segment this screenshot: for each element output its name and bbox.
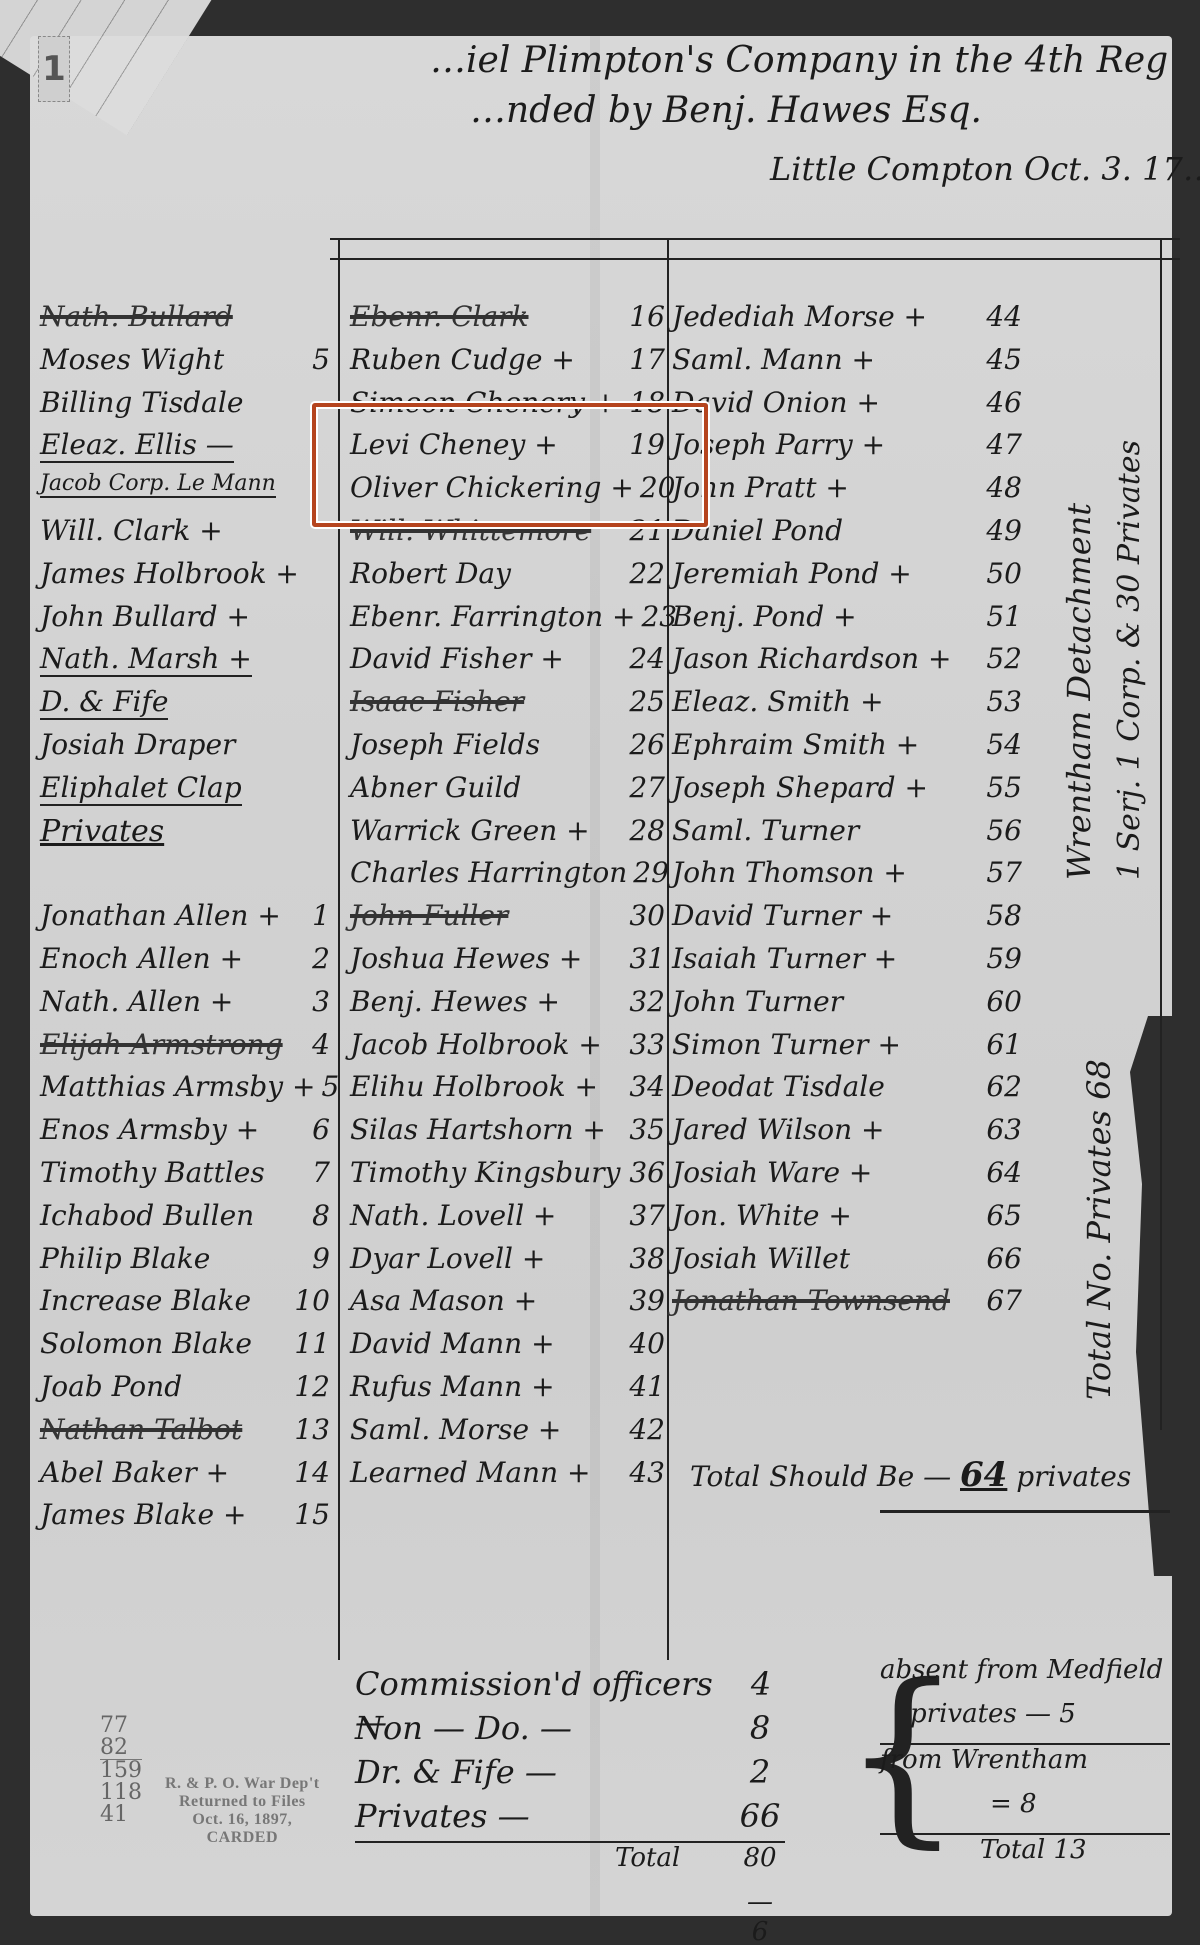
- list-item: Daniel Pond49: [672, 514, 1022, 557]
- list-item: Nath. Allen +3: [40, 985, 330, 1028]
- list-item: Abel Baker +14: [40, 1456, 330, 1499]
- summary-row: Commission'd officers —4: [355, 1665, 785, 1709]
- list-item: John Turner60: [672, 985, 1022, 1028]
- list-item: Ephraim Smith +54: [672, 728, 1022, 771]
- list-item: Jeremiah Pond +50: [672, 557, 1022, 600]
- list-item: Charles Harrington29: [350, 856, 665, 899]
- summary-row: Privates —66: [355, 1797, 785, 1843]
- list-item: Ebenr. Clark16: [350, 300, 665, 343]
- list-item: John Pratt +48: [672, 471, 1022, 514]
- header-place-date: Little Compton Oct. 3. 17…: [770, 150, 1200, 188]
- list-item: David Turner +58: [672, 899, 1022, 942]
- margin-note-detachment: Wrentham Detachment: [1060, 503, 1098, 880]
- list-item: Ruben Cudge +17: [350, 343, 665, 386]
- list-item: Enos Armsby +6: [40, 1113, 330, 1156]
- list-item: John Bullard +: [40, 600, 330, 643]
- list-item: Enoch Allen +2: [40, 942, 330, 985]
- list-item: Asa Mason +39: [350, 1284, 665, 1327]
- margin-note-counts: 1 Serj. 1 Corp. & 30 Privates: [1112, 440, 1147, 880]
- list-item: D. & Fife: [40, 685, 330, 728]
- list-item: Josiah Ware +64: [672, 1156, 1022, 1199]
- list-item: Philip Blake9: [40, 1242, 330, 1285]
- list-item: James Holbrook +: [40, 557, 330, 600]
- list-item: Josiah Draper: [40, 728, 330, 771]
- list-item: Jacob Holbrook +33: [350, 1028, 665, 1071]
- list-item: Eliphalet Clap: [40, 771, 330, 814]
- list-item: Josiah Willet66: [672, 1242, 1022, 1285]
- list-item: James Blake +15: [40, 1498, 330, 1541]
- list-item: Moses Wight5: [40, 343, 330, 386]
- list-item: Increase Blake10: [40, 1284, 330, 1327]
- section-label-privates: Privates: [40, 814, 330, 857]
- list-item: Jon. White +65: [672, 1199, 1022, 1242]
- list-item: Robert Day22: [350, 557, 665, 600]
- column-divider-3: [1160, 240, 1162, 1430]
- list-item: Silas Hartshorn +35: [350, 1113, 665, 1156]
- list-item: Jonathan Townsend67: [672, 1284, 1022, 1327]
- list-item: Isaac Fisher25: [350, 685, 665, 728]
- header-rule-top: [330, 238, 1180, 240]
- list-item: Saml. Morse +42: [350, 1413, 665, 1456]
- list-item: Learned Mann +43: [350, 1456, 665, 1499]
- absent-block: absent from Medfield privates — 5 from W…: [880, 1655, 1170, 1879]
- list-item: Billing Tisdale: [40, 386, 330, 429]
- list-item: Ebenr. Farrington +23: [350, 600, 665, 643]
- left-column: Nath. Bullard Moses Wight5 Billing Tisda…: [40, 300, 330, 1541]
- list-item: Jason Richardson +52: [672, 642, 1022, 685]
- list-item: Timothy Kingsbury36: [350, 1156, 665, 1199]
- list-item: Jedediah Morse +44: [672, 300, 1022, 343]
- list-item: Matthias Armsby +5: [40, 1070, 330, 1113]
- list-item: Jared Wilson +63: [672, 1113, 1022, 1156]
- list-item: David Onion +46: [672, 386, 1022, 429]
- list-item: Will. Clark +: [40, 514, 330, 557]
- list-item: Deodat Tisdale62: [672, 1070, 1022, 1113]
- list-item: Saml. Turner56: [672, 814, 1022, 857]
- margin-note-total: Total No. Privates 68: [1080, 1059, 1118, 1400]
- list-item: Benj. Hewes +32: [350, 985, 665, 1028]
- list-item: Nath. Marsh +: [40, 642, 330, 685]
- list-item: Jonathan Allen +1: [40, 899, 330, 942]
- list-item: David Fisher +24: [350, 642, 665, 685]
- list-item: Joseph Fields26: [350, 728, 665, 771]
- list-item: Ichabod Bullen8: [40, 1199, 330, 1242]
- list-item: Eleaz. Smith +53: [672, 685, 1022, 728]
- list-item: Abner Guild27: [350, 771, 665, 814]
- list-item: Nathan Talbot13: [40, 1413, 330, 1456]
- pencil-calculation: 77 82 159 118 41: [100, 1715, 142, 1826]
- list-item: Isaiah Turner +59: [672, 942, 1022, 985]
- list-item: Joab Pond12: [40, 1370, 330, 1413]
- list-item: Elihu Holbrook +34: [350, 1070, 665, 1113]
- header-commander: …nded by Benj. Hawes Esq.: [470, 90, 982, 131]
- list-item: David Mann +40: [350, 1327, 665, 1370]
- list-item: Warrick Green +28: [350, 814, 665, 857]
- page-tab-number: 1: [38, 36, 70, 102]
- list-item: Saml. Mann +45: [672, 343, 1022, 386]
- total-underline: [880, 1510, 1170, 1513]
- highlight-box: [312, 403, 708, 527]
- list-item: Nath. Lovell +37: [350, 1199, 665, 1242]
- spacer: [40, 856, 330, 899]
- list-item: Jacob Corp. Le Mann: [40, 471, 330, 514]
- total-should-be: Total Should Be — 64 privates: [690, 1455, 1131, 1495]
- list-item: John Thomson +57: [672, 856, 1022, 899]
- summary-row: Dr. & Fife —2: [355, 1753, 785, 1797]
- summary-extra: — 6: [355, 1887, 785, 1931]
- list-item: Nath. Bullard: [40, 300, 330, 343]
- summary-total: Total80: [355, 1843, 785, 1887]
- summary-block: Commission'd officers —4 Non — Do. —8 Dr…: [355, 1665, 785, 1931]
- header-rule: [330, 258, 1180, 260]
- total-should-be-value: 64: [960, 1455, 1007, 1495]
- list-item: Simon Turner +61: [672, 1028, 1022, 1071]
- list-item: Joseph Parry +47: [672, 428, 1022, 471]
- list-item: Joseph Shepard +55: [672, 771, 1022, 814]
- list-item: Dyar Lovell +38: [350, 1242, 665, 1285]
- list-item: John Fuller30: [350, 899, 665, 942]
- list-item: Rufus Mann +41: [350, 1370, 665, 1413]
- list-item: Joshua Hewes +31: [350, 942, 665, 985]
- right-column: Jedediah Morse +44 Saml. Mann +45 David …: [672, 300, 1022, 1327]
- list-item: Solomon Blake11: [40, 1327, 330, 1370]
- list-item: Eleaz. Ellis —: [40, 428, 330, 471]
- header-company: …iel Plimpton's Company in the 4th Reg: [430, 40, 1168, 81]
- list-item: Timothy Battles7: [40, 1156, 330, 1199]
- archive-stamp: R. & P. O. War Dep't Returned to Files O…: [165, 1775, 320, 1847]
- list-item: Benj. Pond +51: [672, 600, 1022, 643]
- list-item: Elijah Armstrong4: [40, 1028, 330, 1071]
